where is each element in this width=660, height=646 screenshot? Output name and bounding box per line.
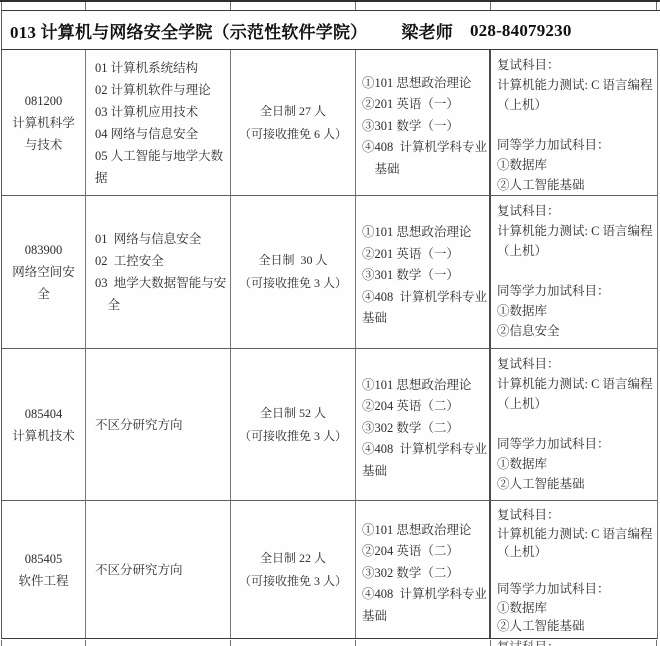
directions-cell: 01 网络与信息安全 02 工控安全 03 地学大数据智能与安 全 [86, 196, 231, 349]
enrollment-cell: 全日制 52 人 （可接收推免 3 人） [231, 349, 356, 501]
grid-line [656, 640, 657, 646]
grid-line [355, 2, 356, 10]
program-cell: 085405 软件工程 [2, 501, 86, 638]
top-rule [0, 0, 660, 2]
grid-line [85, 640, 86, 646]
grid-line [1, 2, 2, 10]
retest-subjects-cell: 复试科目： 计算机能力测试: C 语言编程 （上机） 同等学力加试科目： ①数据… [491, 501, 657, 638]
contact-phone: 028-84079230 [470, 21, 572, 41]
enrollment-cell: 全日制 30 人 （可接收推免 3 人） [231, 196, 356, 349]
exam-subjects-cell: ①101 思想政治理论 ②201 英语（一） ③301 数学（一） ④408 计… [356, 50, 491, 196]
directions-cell: 不区分研究方向 [86, 349, 231, 501]
directions-cell: 01 计算机系统结构 02 计算机软件与理论 03 计算机应用技术 04 网络与… [86, 50, 231, 196]
grid-line [490, 640, 491, 646]
retest-subjects-cell: 复试科目： 计算机能力测试: C 语言编程 （上机） 同等学力加试科目： ①数据… [491, 349, 657, 501]
grid-line [490, 2, 491, 10]
grid-line [1, 640, 2, 646]
enrollment-cell: 全日制 27 人 （可接收推免 6 人） [231, 50, 356, 196]
grid-line [656, 2, 657, 10]
retest-subjects-cell: 复试科目： 计算机能力测试: C 语言编程 （上机） 同等学力加试科目： ①数据… [491, 50, 657, 196]
grid-line [355, 640, 356, 646]
exam-subjects-cell: ①101 思想政治理论 ②204 英语（二） ③302 数学（二） ④408 计… [356, 349, 491, 501]
admissions-table: 081200 计算机科学 与技术 01 计算机系统结构 02 计算机软件与理论 … [1, 49, 658, 639]
grid-line [230, 2, 231, 10]
retest-subjects-cell: 复试科目： 计算机能力测试: C 语言编程 （上机） 同等学力加试科目： ①数据… [491, 196, 657, 349]
program-cell: 085404 计算机技术 [2, 349, 86, 501]
contact-name: 梁老师 [401, 18, 453, 43]
clipped-retest-title: 复试科目： [497, 640, 617, 646]
exam-subjects-cell: ①101 思想政治理论 ②204 英语（二） ③302 数学（二） ④408 计… [356, 501, 491, 638]
program-cell: 083900 网络空间安 全 [2, 196, 86, 349]
program-cell: 081200 计算机科学 与技术 [2, 50, 86, 196]
department-title: 013 计算机与网络安全学院（示范性软件学院） [10, 18, 367, 43]
directions-cell: 不区分研究方向 [86, 501, 231, 638]
exam-subjects-cell: ①101 思想政治理论 ②201 英语（一） ③301 数学（一） ④408 计… [356, 196, 491, 349]
grid-line [85, 2, 86, 10]
admissions-document-page: 013 计算机与网络安全学院（示范性软件学院） 梁老师 028-84079230… [0, 0, 660, 646]
grid-line [230, 640, 231, 646]
department-header: 013 计算机与网络安全学院（示范性软件学院） 梁老师 028-84079230 [1, 10, 660, 50]
enrollment-cell: 全日制 22 人 （可接收推免 3 人） [231, 501, 356, 638]
